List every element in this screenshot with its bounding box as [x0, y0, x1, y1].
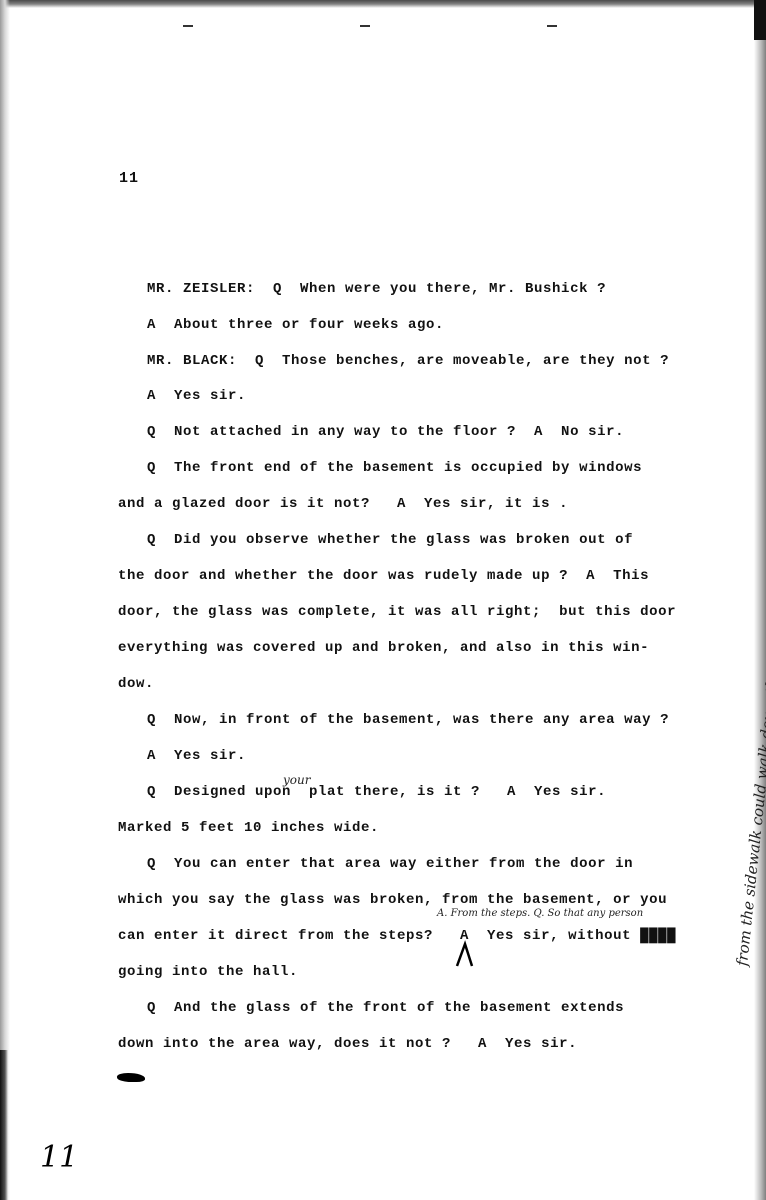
transcript-line: dow.: [118, 675, 154, 693]
scan-right-corner: [754, 0, 766, 40]
transcript-line: Q And the glass of the front of the base…: [147, 999, 624, 1017]
handwritten-page-number: 11: [40, 1140, 78, 1175]
transcript-line: MR. BLACK: Q Those benches, are moveable…: [147, 352, 669, 370]
transcript-line: going into the hall.: [118, 963, 298, 981]
scan-left-edge: [0, 0, 10, 1200]
transcript-line: Q Did you observe whether the glass was …: [147, 531, 633, 549]
transcript-line: which you say the glass was broken, from…: [118, 891, 667, 909]
transcript-line: everything was covered up and broken, an…: [118, 639, 649, 657]
transcript-line: can enter it direct from the steps? A Ye…: [118, 927, 676, 945]
transcript-line: Q The front end of the basement is occup…: [147, 459, 642, 477]
scan-left-edge-shadow: [0, 1050, 8, 1200]
scan-right-edge: [754, 0, 766, 1200]
punch-mark: [183, 25, 193, 27]
transcript-line: A About three or four weeks ago.: [147, 316, 444, 334]
transcript-line: MR. ZEISLER: Q When were you there, Mr. …: [147, 280, 606, 298]
handwritten-insert-your: your: [283, 773, 310, 787]
transcript-line: and a glazed door is it not? A Yes sir, …: [118, 495, 568, 513]
handwritten-insert-answer: A. From the steps. Q. So that any person: [437, 908, 643, 919]
scan-top-edge: [0, 0, 766, 8]
transcript-line: A Yes sir.: [147, 387, 246, 405]
transcript-line: Q Designed upon plat there, is it ? A Ye…: [147, 783, 606, 801]
punch-mark: [360, 25, 370, 27]
transcript-line: Marked 5 feet 10 inches wide.: [118, 819, 379, 837]
transcript-line: Q Not attached in any way to the floor ?…: [147, 423, 624, 441]
transcript-line: down into the area way, does it not ? A …: [118, 1035, 577, 1053]
page-number: 11: [119, 170, 139, 187]
ink-blot: [117, 1073, 145, 1082]
transcript-line: A Yes sir.: [147, 747, 246, 765]
transcript-line: door, the glass was complete, it was all…: [118, 603, 676, 621]
insertion-caret-icon: [455, 940, 475, 968]
transcript-line: the door and whether the door was rudely…: [118, 567, 649, 585]
transcript-line: Q You can enter that area way either fro…: [147, 855, 633, 873]
transcript-line: Q Now, in front of the basement, was the…: [147, 711, 669, 729]
punch-mark: [547, 25, 557, 27]
